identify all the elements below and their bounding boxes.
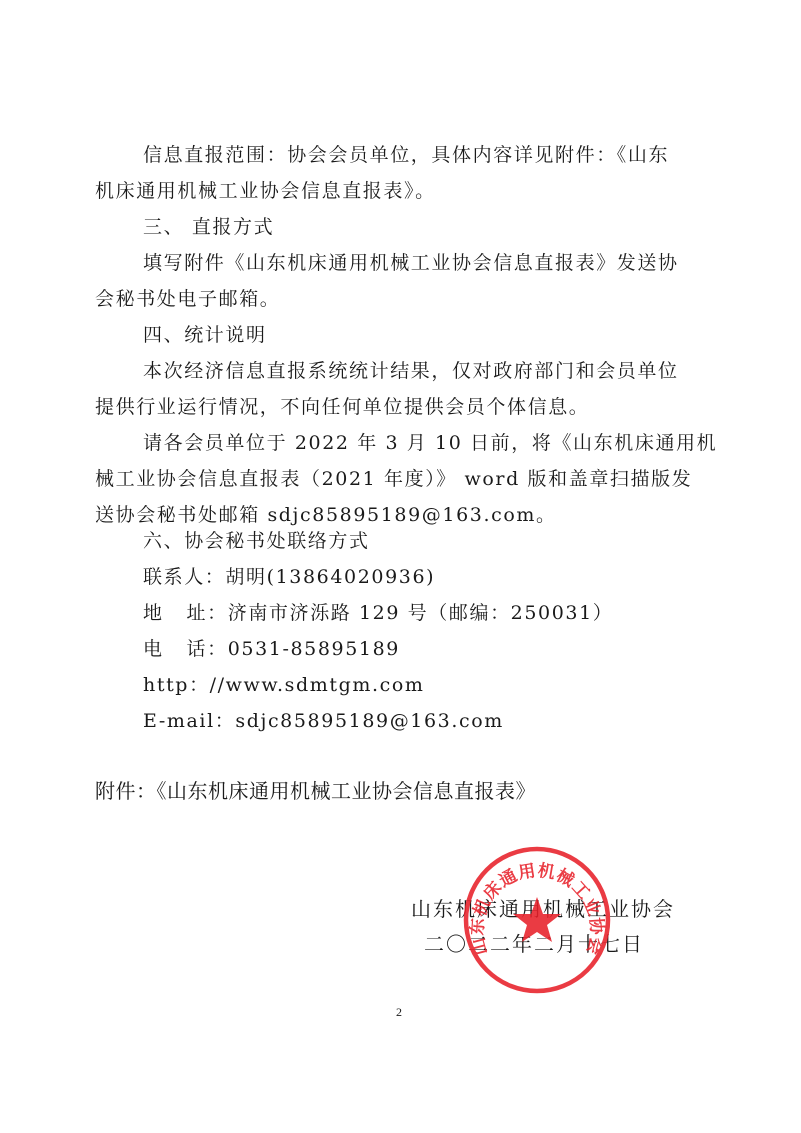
section-heading-3: 三、 直报方式 xyxy=(143,215,274,239)
official-seal-icon: 山东机床通用机械工业协会 xyxy=(462,845,612,995)
paragraph-line: 送协会秘书处邮箱 sdjc85895189@163.com。 xyxy=(95,503,557,527)
paragraph-line: 本次经济信息直报系统统计结果，仅对政府部门和会员单位 xyxy=(143,359,679,383)
paragraph-line: 信息直报范围：协会会员单位，具体内容详见附件：《山东 xyxy=(143,143,669,167)
paragraph-line: 械工业协会信息直报表（2021 年度）》 word 版和盖章扫描版发 xyxy=(95,467,692,491)
contact-website: http：//www.sdmtgm.com xyxy=(143,673,425,697)
contact-person: 联系人：胡明(13864020936) xyxy=(143,565,435,589)
contact-address: 地 址：济南市济泺路 129 号（邮编：250031） xyxy=(143,601,613,625)
page-number: 2 xyxy=(396,1005,402,1020)
section-heading-6: 六、协会秘书处联络方式 xyxy=(143,529,370,553)
contact-phone: 电 话：0531-85895189 xyxy=(143,637,400,661)
paragraph-line: 请各会员单位于 2022 年 3 月 10 日前，将《山东机床通用机 xyxy=(143,431,717,455)
paragraph-line: 填写附件《山东机床通用机械工业协会信息直报表》发送协 xyxy=(143,251,679,275)
attachment-note: 附件：《山东机床通用机械工业协会信息直报表》 xyxy=(95,778,536,804)
document-page: 信息直报范围：协会会员单位，具体内容详见附件：《山东 机床通用机械工业协会信息直… xyxy=(0,0,801,1133)
section-heading-4: 四、统计说明 xyxy=(143,323,267,347)
paragraph-line: 机床通用机械工业协会信息直报表》。 xyxy=(95,179,436,203)
paragraph-line: 会秘书处电子邮箱。 xyxy=(95,287,280,311)
paragraph-line: 提供行业运行情况，不向任何单位提供会员个体信息。 xyxy=(95,395,589,419)
contact-email: E-mail：sdjc85895189@163.com xyxy=(143,709,504,733)
